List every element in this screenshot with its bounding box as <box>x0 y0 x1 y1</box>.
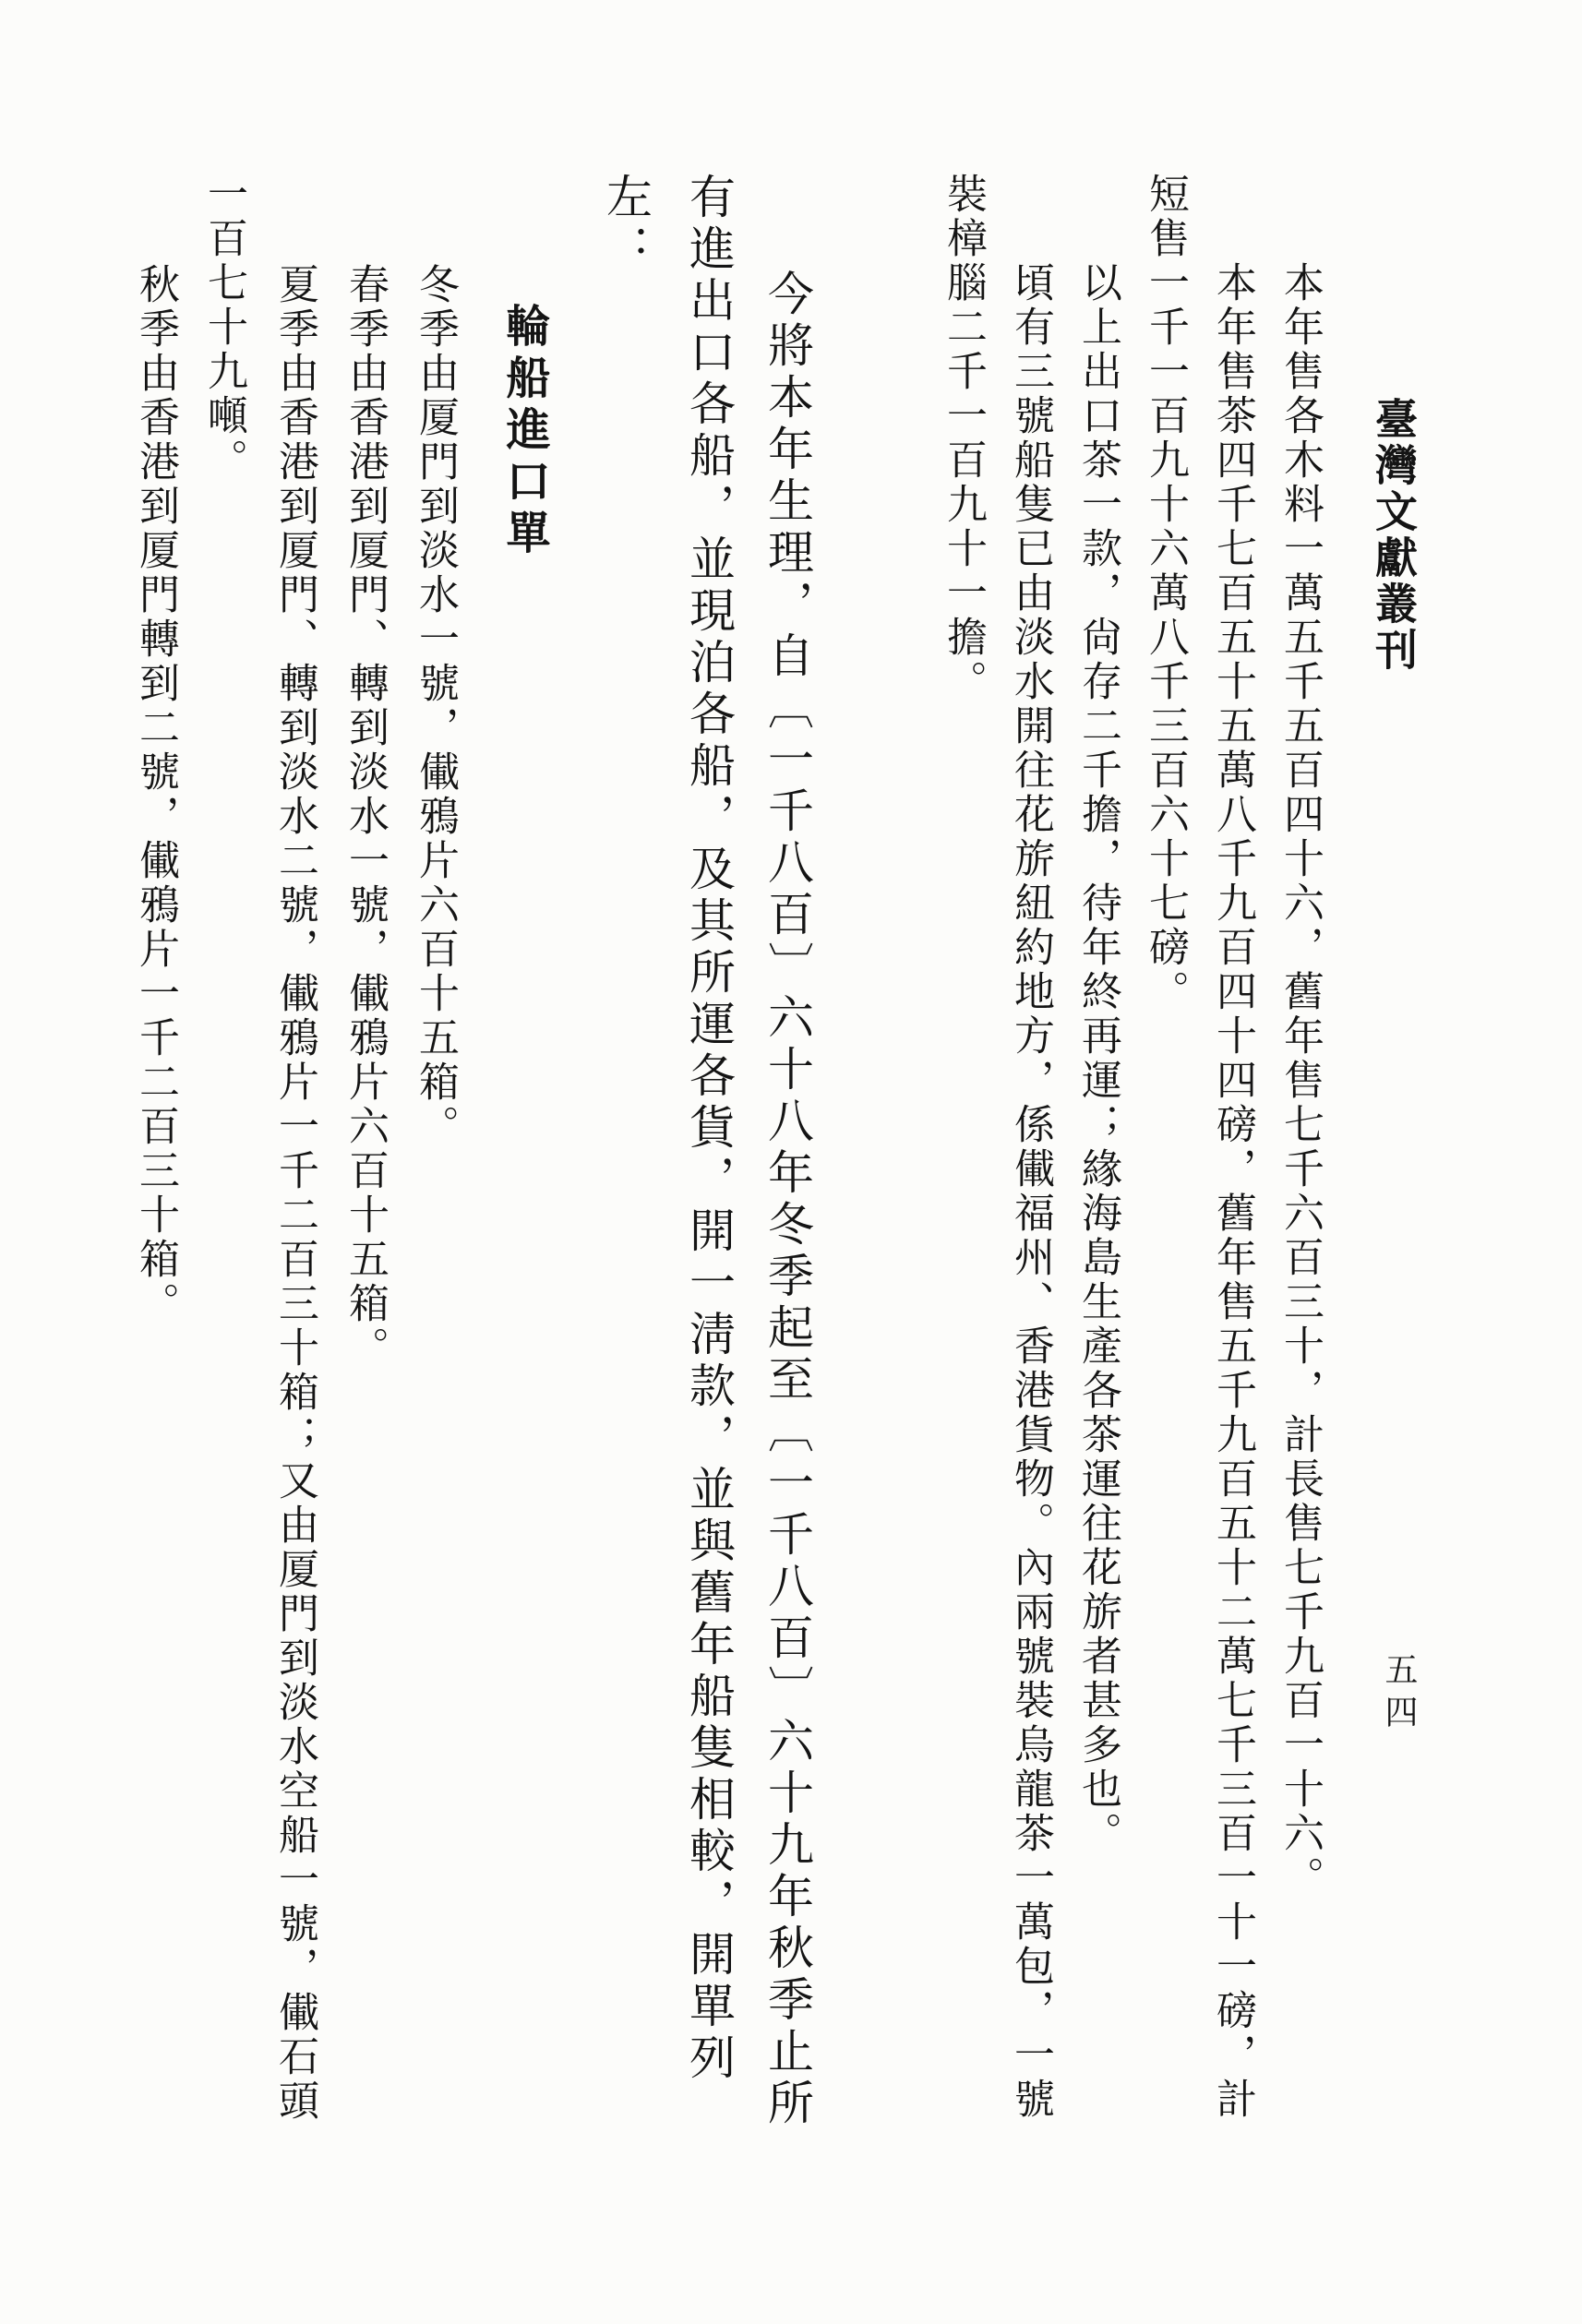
entry-column-winter: 冬季由厦門到淡水一號，儎鴉片六百十五箱。 <box>409 263 455 1149</box>
scanned-page: 臺灣文獻叢刊 五四 本年售各木料一萬五千五百四十六，舊年售七千六百三十，計長售七… <box>0 0 1582 2324</box>
report-column-ships-to-newyork: 頃有三號船隻已由淡水開往花旂紐約地方，係儎福州、香港貨物。內兩號裝烏龍茶一萬包，… <box>1004 261 1050 2122</box>
report-column-camphor-continued: 裝樟腦二千一百九十一擔。 <box>937 173 983 704</box>
section-header-steamship-import-list: 輪船進口單 <box>494 303 545 561</box>
entry-column-spring: 春季由香港到厦門、轉到淡水一號，儎鴉片六百十五箱。 <box>339 263 385 1371</box>
report-column-tea-export-note: 以上出口茶一款，尙存二千擔，待年終再運；緣海島生產各茶運往花旂者甚多也。 <box>1072 261 1118 1856</box>
page-number: 五四 <box>1375 1652 1416 1737</box>
entry-column-summer-continued-tons: 一百七十九噸。 <box>198 173 244 483</box>
intro-column-3-zuo: 左： <box>597 173 649 276</box>
entry-column-summer: 夏季由香港到厦門、轉到淡水二號，儎鴉片一千二百三十箱；又由厦門到淡水空船一號，儎… <box>269 263 315 2124</box>
report-column-tea-sales: 本年售茶四千七百五十五萬八千九百四十四磅，舊年售五千九百五十二萬七千三百一十一磅… <box>1206 261 1252 2122</box>
report-column-timber-sales: 本年售各木料一萬五千五百四十六，舊年售七千六百三十，計長售七千九百一十六。 <box>1274 261 1320 1900</box>
series-title: 臺灣文獻叢刊 <box>1366 397 1414 674</box>
intro-column-2: 有進出口各船，並現泊各船，及其所運各貨，開一淸款，並與舊年船隻相較，開單列 <box>680 173 732 2085</box>
entry-column-autumn: 秋季由香港到厦門轉到二號，儎鴉片一千二百三十箱。 <box>129 263 175 1326</box>
report-column-tea-sales-continued: 短售一千一百九十六萬八千三百六十七磅。 <box>1139 173 1185 1014</box>
intro-column-1: 今將本年生理，自〔一千八百〕六十八年冬季起至〔一千八百〕六十九年秋季止所 <box>759 270 810 2130</box>
